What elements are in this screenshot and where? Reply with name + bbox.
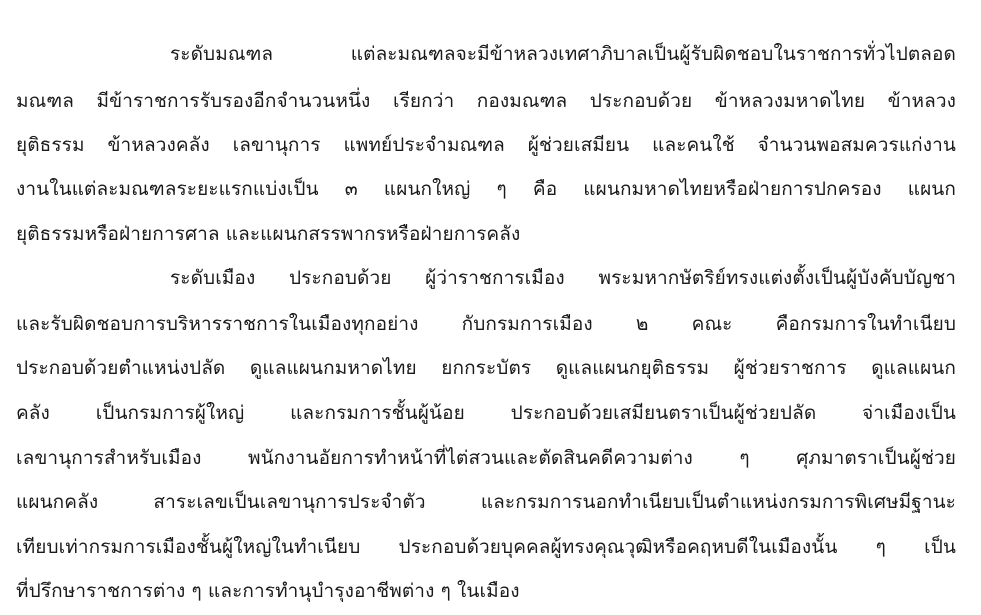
text-line: ระดับมณฑล แต่ละมณฑลจะมีข้าหลวงเทศาภิบาลเ… [170, 39, 956, 69]
text-line: ที่ปรึกษาราชการต่าง ๆ และการทำนุบำรุงอาช… [16, 576, 956, 606]
text-line: งานในแต่ละมณฑลระยะแรกแบ่งเป็น ๓ แผนกใหญ่… [16, 174, 956, 204]
text-line: มณฑล มีข้าราชการรับรองอีกจำนวนหนึ่ง เรีย… [16, 86, 956, 116]
text-line: เลขานุการสำหรับเมือง พนักงานอัยการทำหน้า… [16, 443, 956, 473]
document-page: ระดับมณฑล แต่ละมณฑลจะมีข้าหลวงเทศาภิบาลเ… [0, 0, 981, 615]
text-line: แผนกคลัง สาระเลขเป็นเลขานุการประจำตัว แล… [16, 487, 956, 517]
text-line: และรับผิดชอบการบริหารราชการในเมืองทุกอย่… [16, 309, 956, 339]
text-line: เทียบเท่ากรมการเมืองชั้นผู้ใหญ่ในทำเนียบ… [16, 532, 956, 562]
text-line: ระดับเมือง ประกอบด้วย ผู้ว่าราชการเมือง … [170, 263, 956, 293]
text-line: คลัง เป็นกรมการผู้ใหญ่ และกรมการชั้นผู้น… [16, 398, 956, 428]
text-line: ประกอบด้วยตำแหน่งปลัด ดูแลแผนกมหาดไทย ยก… [16, 353, 956, 383]
text-line: ยุติธรรม ข้าหลวงคลัง เลขานุการ แพทย์ประจ… [16, 130, 956, 160]
text-line: ยุติธรรมหรือฝ่ายการศาล และแผนกสรรพากรหรื… [16, 219, 956, 249]
